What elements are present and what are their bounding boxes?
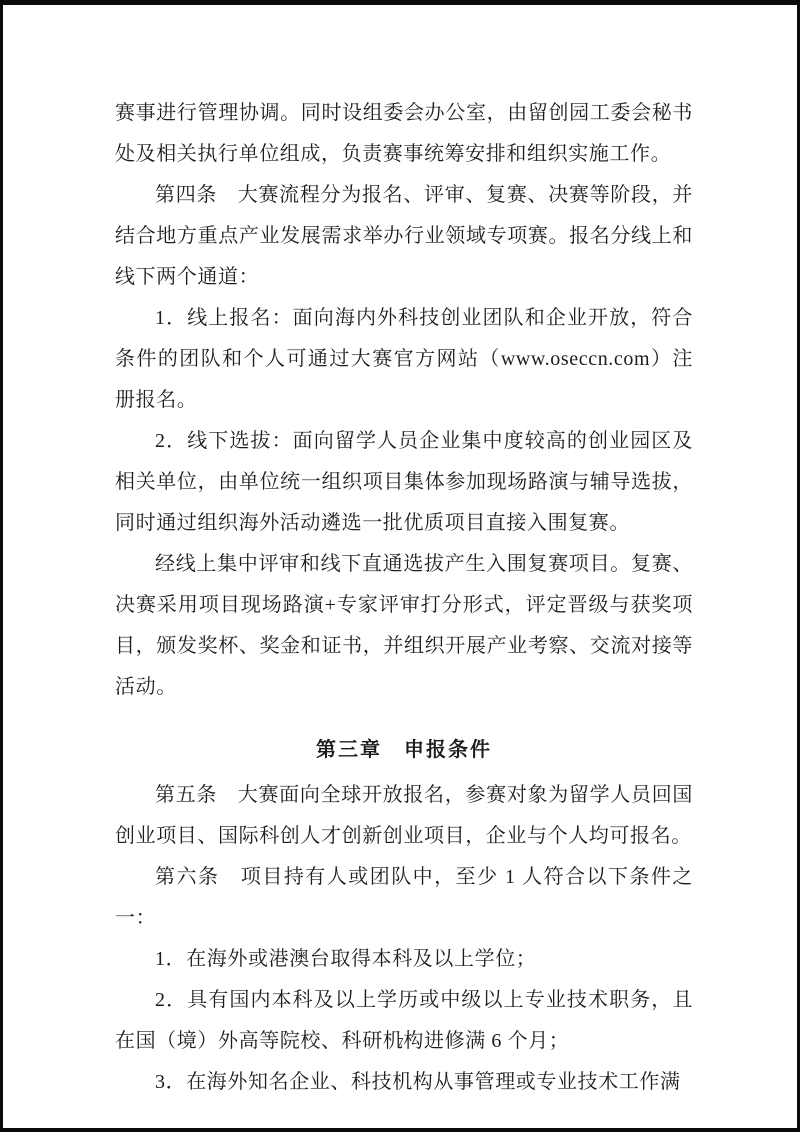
page-body: 赛事进行管理协调。同时设组委会办公室，由留创园工委会秘书处及相关执行单位组成，负… [115,93,693,1103]
document-page: 赛事进行管理协调。同时设组委会办公室，由留创园工委会秘书处及相关执行单位组成，负… [0,0,800,1132]
body-paragraph: 第六条 项目持有人或团队中，至少 1 人符合以下条件之一： [115,857,693,939]
body-paragraph: 经线上集中评审和线下直通选拔产生入围复赛项目。复赛、决赛采用项目现场路演+专家评… [115,544,693,708]
body-paragraph: 赛事进行管理协调。同时设组委会办公室，由留创园工委会秘书处及相关执行单位组成，负… [115,93,693,175]
list-item-paragraph: 2．线下选拔：面向留学人员企业集中度较高的创业园区及相关单位，由单位统一组织项目… [115,421,693,544]
body-paragraph: 第五条 大赛面向全球开放报名，参赛对象为留学人员回国创业项目、国际科创人才创新创… [115,775,693,857]
page-number: 7 [3,1036,797,1052]
list-item-paragraph: 1．在海外或港澳台取得本科及以上学位； [115,939,693,980]
chapter-heading: 第三章 申报条件 [115,730,693,771]
list-item-paragraph: 3．在海外知名企业、科技机构从事管理或专业技术工作满 [115,1062,693,1103]
list-item-paragraph: 1．线上报名：面向海内外科技创业团队和企业开放，符合条件的团队和个人可通过大赛官… [115,298,693,421]
body-paragraph: 第四条 大赛流程分为报名、评审、复赛、决赛等阶段，并结合地方重点产业发展需求举办… [115,175,693,298]
